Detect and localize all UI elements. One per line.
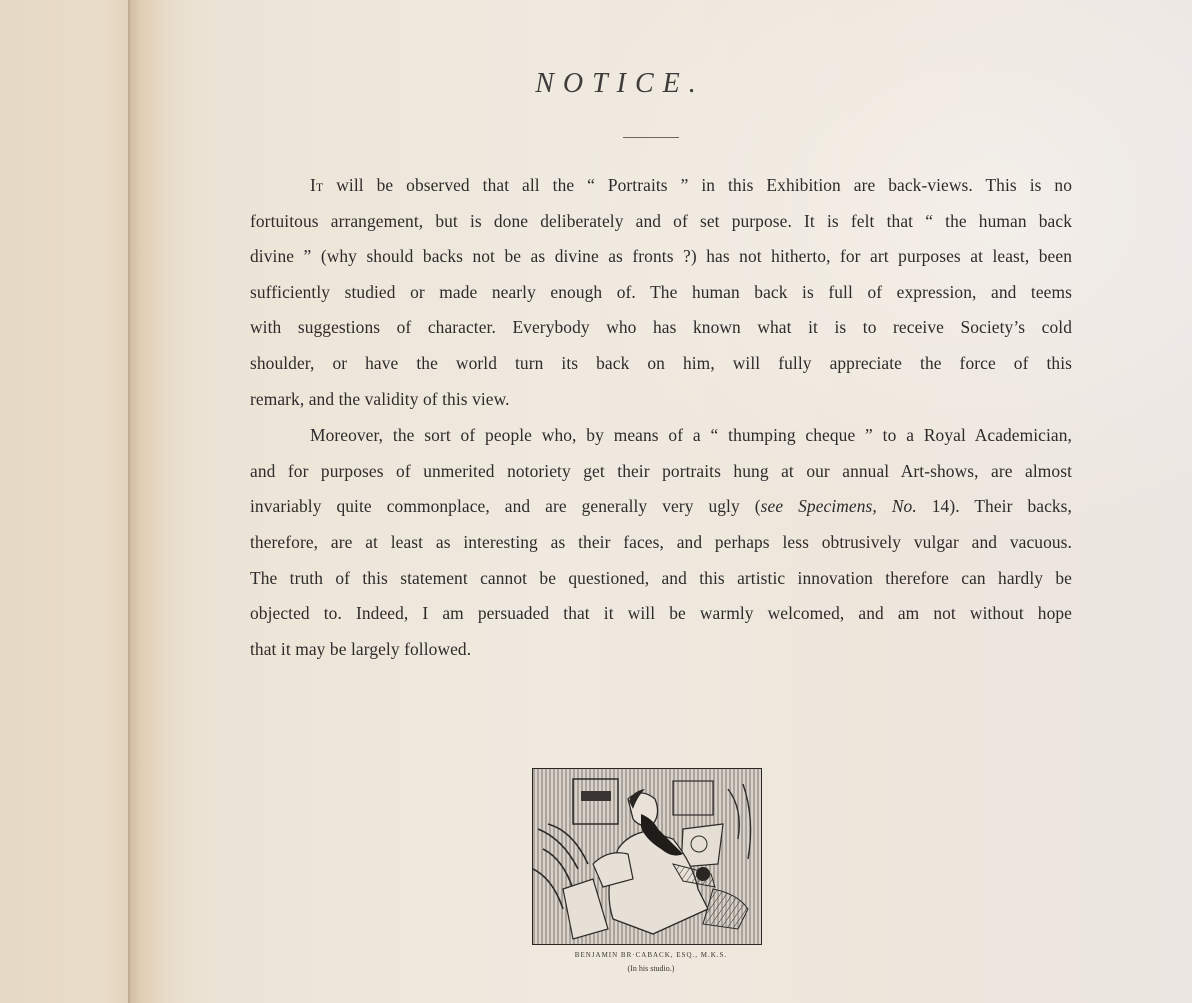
left-page [0, 0, 130, 1003]
text-line: remark, and the validity of this view. [250, 382, 1072, 418]
line-text: will be observed that all the “ Portrait… [323, 175, 1072, 195]
text-line: sufficiently studied or made nearly enou… [250, 275, 1072, 311]
text-line: therefore, are at least as interesting a… [250, 525, 1072, 561]
paragraph-1: It will be observed that all the “ Portr… [250, 168, 1072, 417]
line-text: invariably quite commonplace, and are ge… [250, 496, 761, 516]
caption-subtitle: (In his studio.) [540, 962, 762, 976]
book-gutter [128, 0, 168, 1003]
text-line: It will be observed that all the “ Portr… [250, 168, 1072, 204]
specimen-reference: see Specimens, No. [761, 496, 917, 516]
notice-body: It will be observed that all the “ Portr… [250, 168, 1072, 667]
engraving-illustration [532, 768, 762, 945]
caption-name: BENJAMIN BR·CABACK, ESQ., M.K.S. [540, 948, 762, 962]
text-line: The truth of this statement cannot be qu… [250, 561, 1072, 597]
illustration-caption: BENJAMIN BR·CABACK, ESQ., M.K.S. (In his… [540, 948, 762, 976]
text-line: shoulder, or have the world turn its bac… [250, 346, 1072, 382]
paragraph-2: Moreover, the sort of people who, by mea… [250, 418, 1072, 667]
text-line: objected to. Indeed, I am persuaded that… [250, 596, 1072, 632]
text-line: Moreover, the sort of people who, by mea… [250, 418, 1072, 454]
text-line: divine ” (why should backs not be as div… [250, 239, 1072, 275]
text-line: fortuitous arrangement, but is done deli… [250, 204, 1072, 240]
text-line: invariably quite commonplace, and are ge… [250, 489, 1072, 525]
text-line: with suggestions of character. Everybody… [250, 310, 1072, 346]
text-line: and for purposes of unmerited notoriety … [250, 454, 1072, 490]
drop-small-caps: It [310, 175, 323, 195]
title-rule-divider [623, 137, 679, 138]
reclining-man-engraving-icon [533, 769, 761, 944]
line-text: 14). Their backs, [917, 496, 1072, 516]
text-line: that it may be largely followed. [250, 632, 1072, 668]
page-title: NOTICE. [470, 68, 770, 100]
